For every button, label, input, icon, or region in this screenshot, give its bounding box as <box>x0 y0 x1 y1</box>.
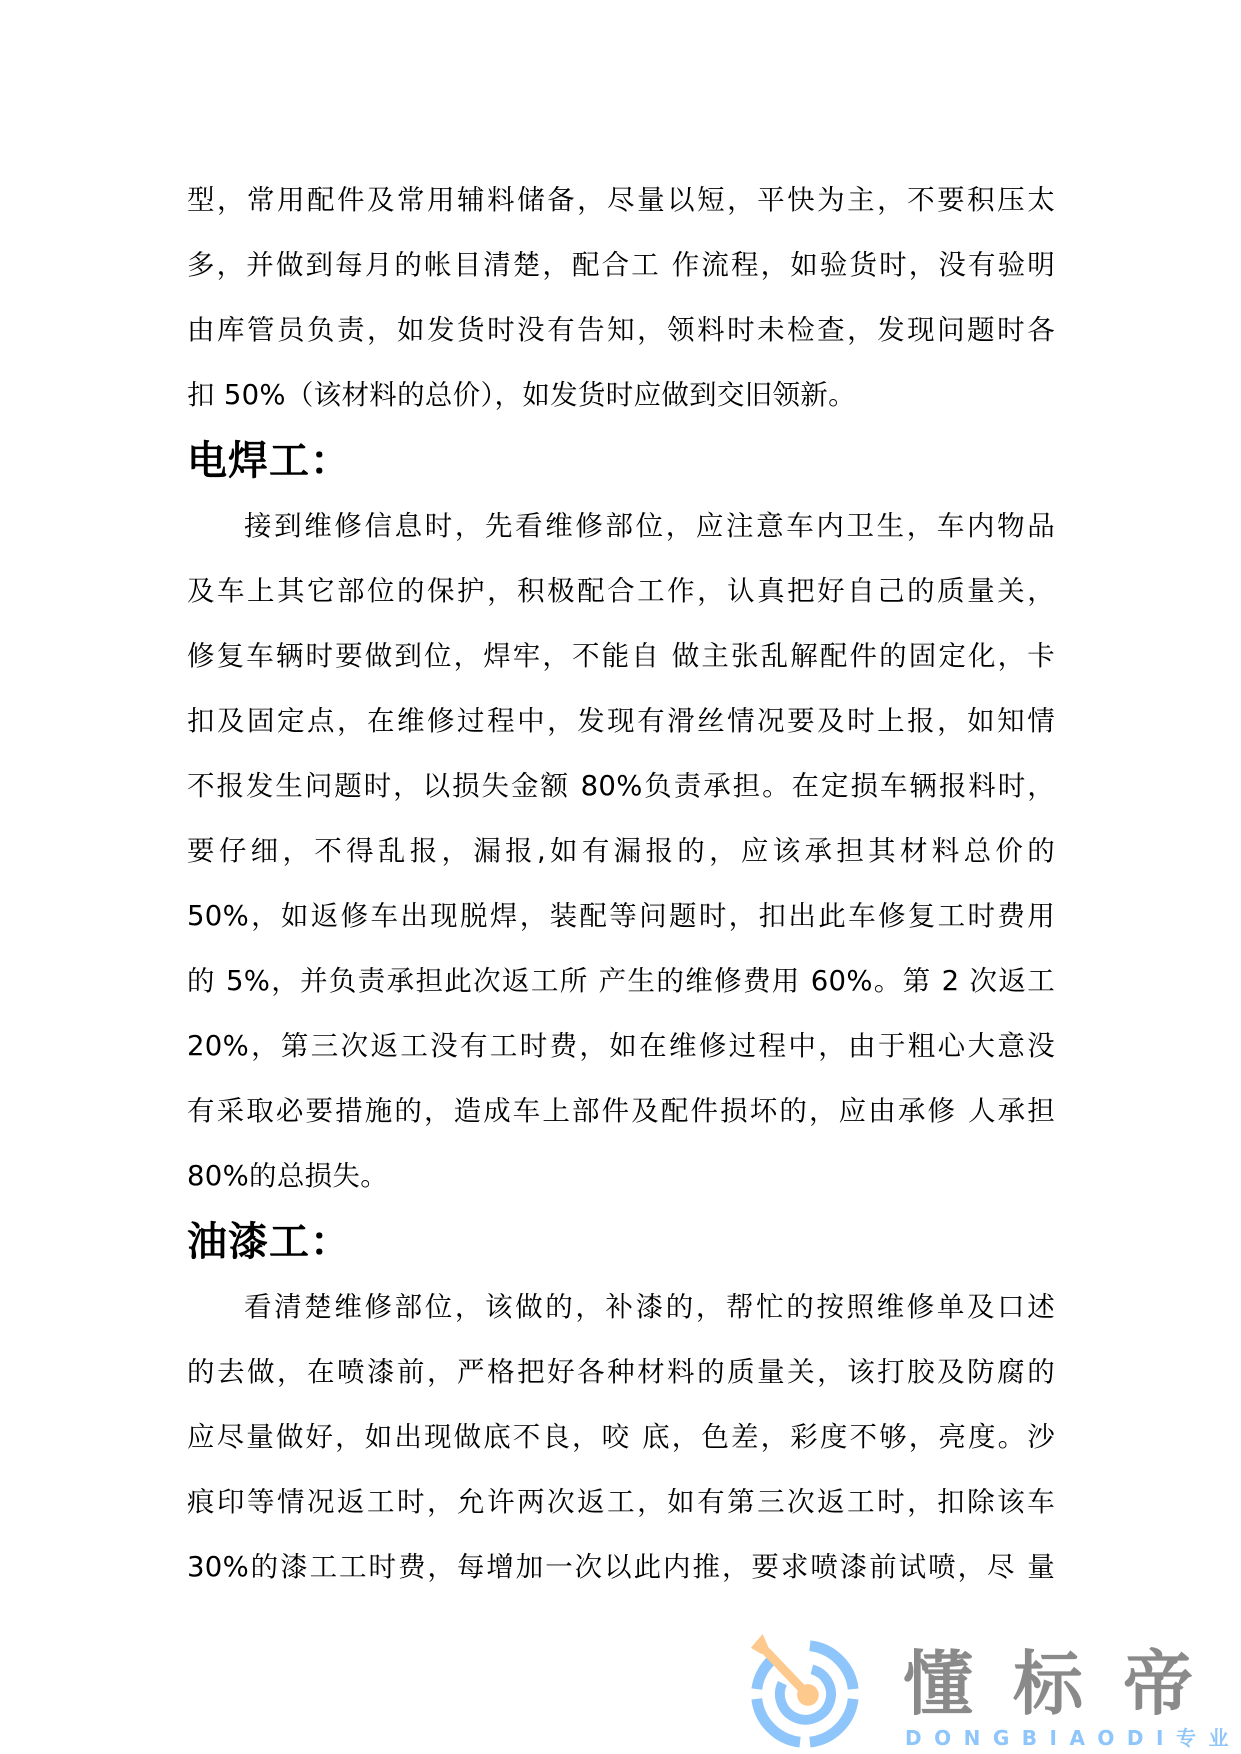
text-line: 修复车辆时要做到位，焊牢，不能自 做主张乱解配件的固定化，卡 <box>187 624 1055 689</box>
text-line: 20%，第三次返工没有工时费，如在维修过程中，由于粗心大意没 <box>187 1014 1055 1079</box>
text-line: 及车上其它部位的保护，积极配合工作，认真把好自己的质量关， <box>187 559 1055 624</box>
text-line: 扣 50%（该材料的总价），如发货时应做到交旧领新。 <box>187 363 1055 428</box>
watermark-logo: 懂标帝 DONGBIAODI专业版 <box>745 1634 1225 1754</box>
text-line: 的去做，在喷漆前，严格把好各种材料的质量关，该打胶及防腐的 <box>187 1340 1055 1405</box>
watermark-subtitle: DONGBIAODI专业版 <box>905 1726 1241 1750</box>
text-line: 的 5%，并负责承担此次返工所 产生的维修费用 60%。第 2 次返工 <box>187 949 1055 1014</box>
text-line: 不报发生问题时，以损失金额 80%负责承担。在定损车辆报料时， <box>187 754 1055 819</box>
paragraph-welder: 接到维修信息时，先看维修部位，应注意车内卫生，车内物品 及车上其它部位的保护，积… <box>187 494 1055 1209</box>
text-line: 50%，如返修车出现脱焊，装配等问题时，扣出此车修复工时费用 <box>187 884 1055 949</box>
text-line: 型，常用配件及常用辅料储备，尽量以短，平快为主，不要积压太 <box>187 168 1055 233</box>
paragraph-painter: 看清楚维修部位，该做的，补漆的，帮忙的按照维修单及口述 的去做，在喷漆前，严格把… <box>187 1275 1055 1600</box>
section-heading-welder: 电焊工： <box>187 428 1055 494</box>
document-page: 型，常用配件及常用辅料储备，尽量以短，平快为主，不要积压太 多，并做到每月的帐目… <box>187 168 1055 1600</box>
text-line: 有采取必要措施的，造成车上部件及配件损坏的，应由承修 人承担 <box>187 1079 1055 1144</box>
paragraph-storekeeper: 型，常用配件及常用辅料储备，尽量以短，平快为主，不要积压太 多，并做到每月的帐目… <box>187 168 1055 428</box>
watermark-title: 懂标帝 <box>903 1646 1233 1722</box>
text-line: 接到维修信息时，先看维修部位，应注意车内卫生，车内物品 <box>187 494 1055 559</box>
text-line: 要仔细，不得乱报，漏报,如有漏报的，应该承担其材料总价的 <box>187 819 1055 884</box>
section-heading-painter: 油漆工： <box>187 1209 1055 1275</box>
text-line: 看清楚维修部位，该做的，补漆的，帮忙的按照维修单及口述 <box>187 1275 1055 1340</box>
text-line: 应尽量做好，如出现做底不良，咬 底，色差，彩度不够，亮度。沙 <box>187 1405 1055 1470</box>
text-line: 30%的漆工工时费，每增加一次以此内推，要求喷漆前试喷，尽 量 <box>187 1535 1055 1600</box>
target-arrow-icon <box>745 1634 863 1752</box>
text-line: 由库管员负责，如发货时没有告知，领料时未检查，发现问题时各 <box>187 298 1055 363</box>
text-line: 多，并做到每月的帐目清楚，配合工 作流程，如验货时，没有验明 <box>187 233 1055 298</box>
text-line: 扣及固定点，在维修过程中，发现有滑丝情况要及时上报，如知情 <box>187 689 1055 754</box>
text-line: 痕印等情况返工时，允许两次返工，如有第三次返工时，扣除该车 <box>187 1470 1055 1535</box>
text-line: 80%的总损失。 <box>187 1144 1055 1209</box>
